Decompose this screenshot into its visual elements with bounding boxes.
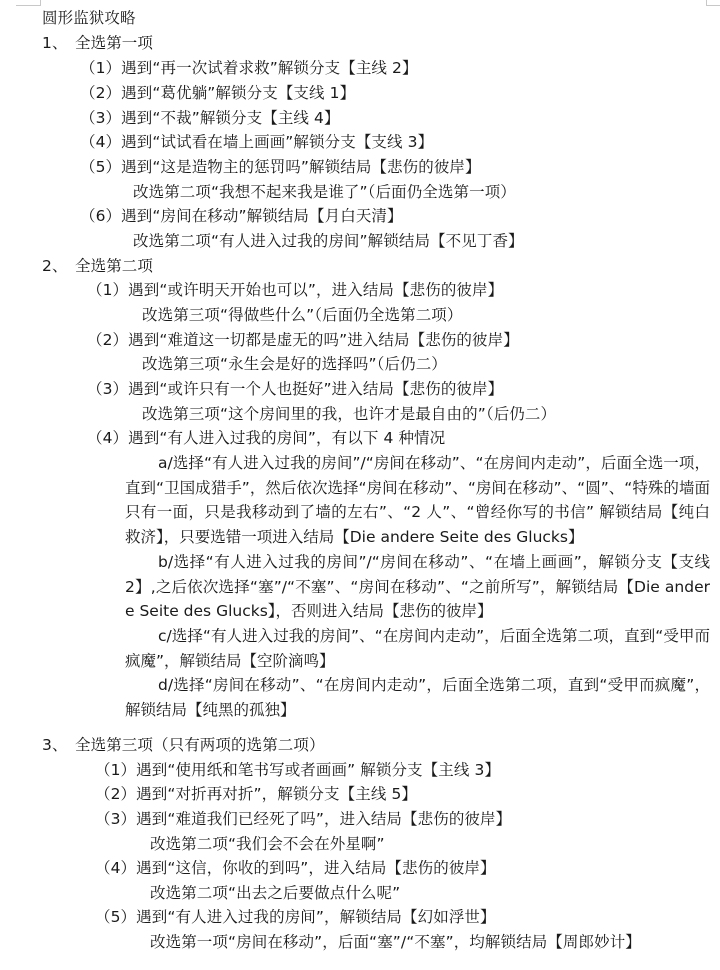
page-corner-mark-left (16, 0, 41, 6)
list-item-note: 改选第二项“出去之后要做点什么呢” (150, 883, 400, 903)
list-item-note: 改选第一项“房间在移动”，后面“塞”/“不塞”，均解锁结局【周郎妙计】 (150, 932, 641, 952)
list-item-note: 改选第二项“有人进入过我的房间”解锁结局【不见丁香】 (133, 231, 524, 251)
list-item: （4）遇到“试试看在墙上画画”解锁分支【支线 3】 (80, 132, 433, 152)
list-item: （5）遇到“有人进入过我的房间”，解锁结局【幻如浮世】 (95, 907, 496, 927)
list-item-note: 改选第三项“得做些什么”（后面仍全选第二项） (142, 305, 463, 325)
list-item: （3）遇到“不裁”解锁分支【主线 4】 (80, 108, 340, 128)
list-item: （2）遇到“对折再对折”，解锁分支【主线 5】 (95, 784, 417, 804)
section-heading-1: 1、全选第一项 (42, 33, 153, 53)
list-item: （1）遇到“或许明天开始也可以”，进入结局【悲伤的彼岸】 (87, 280, 503, 300)
list-item: （2）遇到“难道这一切都是虚无的吗”进入结局【悲伤的彼岸】 (87, 330, 519, 350)
case-paragraph-c: c/选择“有人进入过我的房间”、“在房间内走动”，后面全选第二项，直到“受甲而疯… (125, 624, 710, 673)
list-item: （1）遇到“再一次试着求救”解锁分支【主线 2】 (80, 58, 418, 78)
list-item-note: 改选第二项“我想不起来我是谁了”（后面仍全选第一项） (133, 182, 516, 202)
list-item: （1）遇到“使用纸和笔书写或者画画” 解锁分支【主线 3】 (95, 760, 500, 780)
case-paragraph-b: b/选择“有人进入过我的房间”/“房间在移动”、“在墙上画画”，解锁分支【支线 … (125, 550, 710, 624)
list-item: （5）遇到“这是造物主的惩罚吗”解锁结局【悲伤的彼岸】 (80, 157, 481, 177)
section-title: 全选第一项 (75, 34, 153, 52)
list-item: （6）遇到“房间在移动”解锁结局【月白天清】 (80, 206, 403, 226)
case-paragraph-d: d/选择“房间在移动”、“在房间内走动”，后面全选第二项，直到“受甲而疯魔”，解… (125, 673, 710, 722)
list-item: （3）遇到“或许只有一个人也挺好”进入结局【悲伤的彼岸】 (87, 379, 503, 399)
section-number: 2、 (42, 256, 75, 276)
list-item: （4）遇到“这信，你收的到吗”，进入结局【悲伤的彼岸】 (95, 858, 496, 878)
section-number: 1、 (42, 33, 75, 53)
section-heading-2: 2、全选第二项 (42, 256, 153, 276)
list-item-note: 改选第三项“这个房间里的我，也许才是最自由的”（后仍二） (142, 404, 556, 424)
document-title: 圆形监狱攻略 (42, 8, 136, 28)
list-item-note: 改选第三项“永生会是好的选择吗”（后仍二） (142, 354, 447, 374)
section-title: 全选第二项 (75, 257, 153, 275)
page-corner-mark-right (706, 0, 720, 6)
case-paragraph-a: a/选择“有人进入过我的房间”/“房间在移动”、“在房间内走动”，后面全选一项，… (125, 451, 710, 549)
list-item: （3）遇到“难道我们已经死了吗”，进入结局【悲伤的彼岸】 (95, 809, 511, 829)
section-title: 全选第三项（只有两项的选第二项） (75, 736, 325, 754)
section-number: 3、 (42, 735, 75, 755)
section-heading-3: 3、全选第三项（只有两项的选第二项） (42, 735, 325, 755)
list-item: （4）遇到“有人进入过我的房间”，有以下 4 种情况 (87, 428, 445, 448)
list-item: （2）遇到“葛优躺”解锁分支【支线 1】 (80, 83, 355, 103)
list-item-note: 改选第二项“我们会不会在外星啊” (150, 834, 385, 854)
